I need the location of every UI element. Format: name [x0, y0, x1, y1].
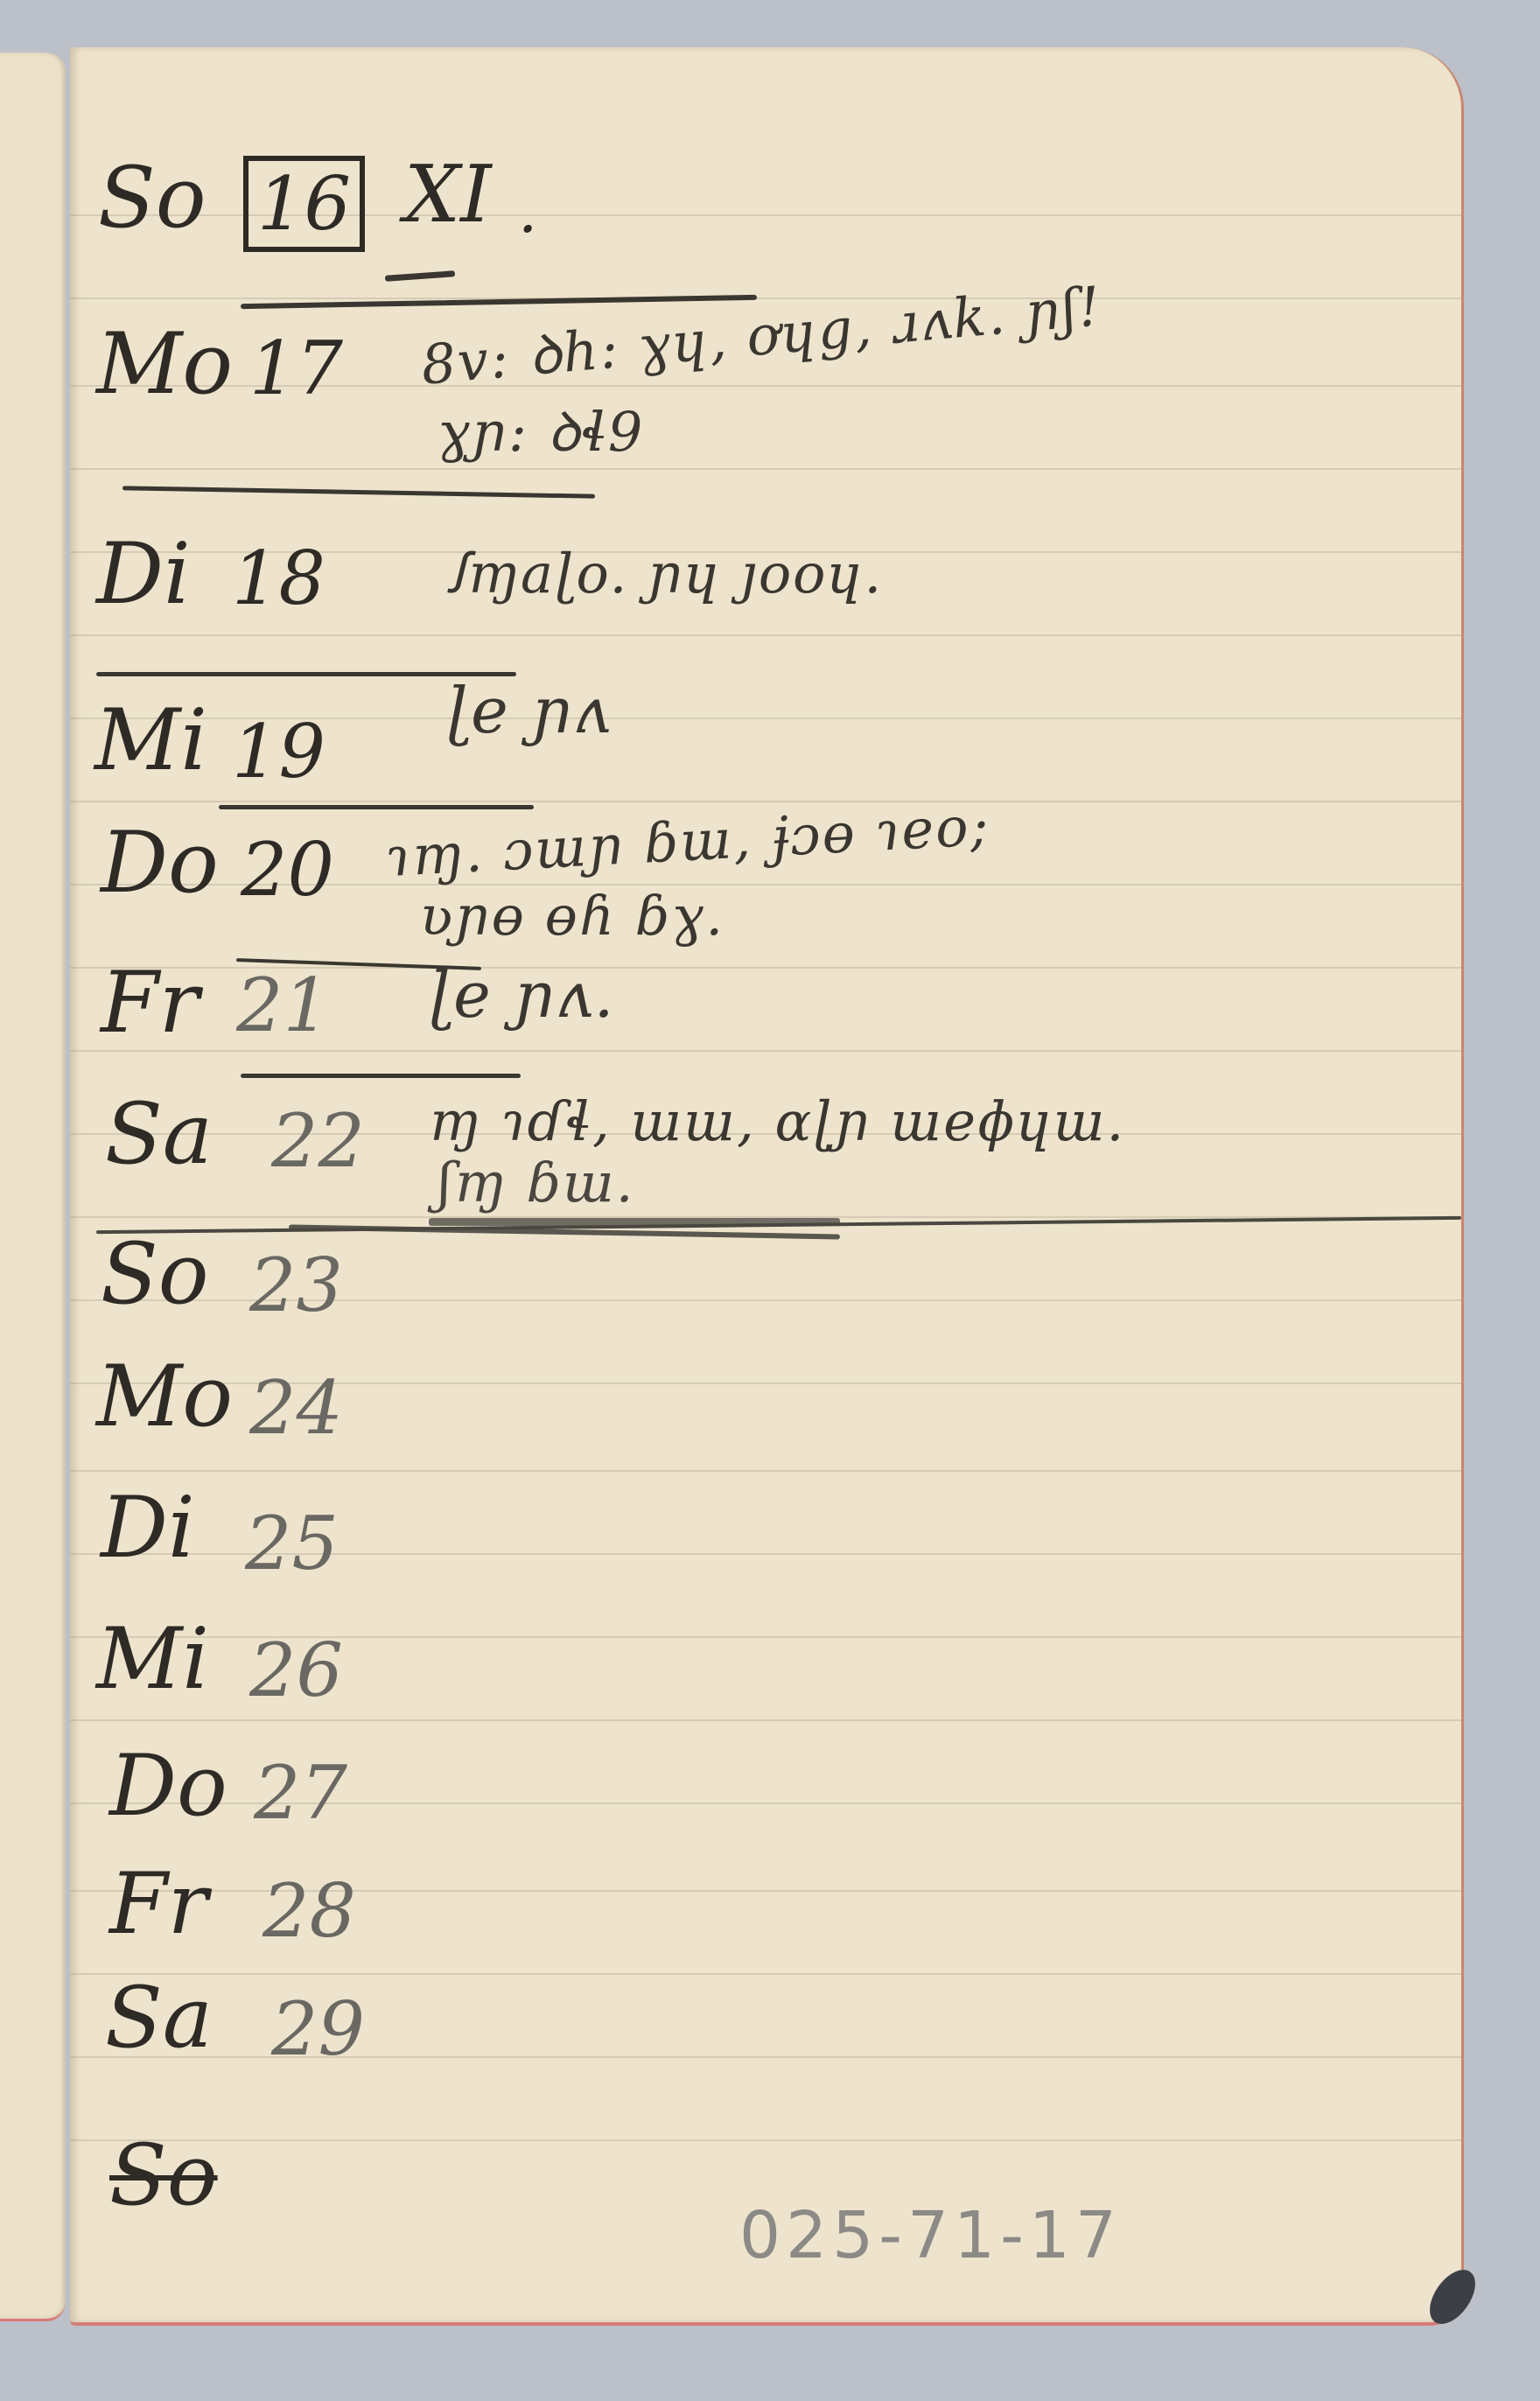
period-mark: . [518, 175, 537, 247]
entry-day: Do [109, 1737, 227, 1835]
entry-shorthand-text: ɭe ɲʌ. [429, 958, 616, 1032]
ruled-line [70, 468, 1461, 470]
ruled-line [70, 2139, 1461, 2141]
entry-date: 28 [262, 1868, 356, 1954]
ruled-line [70, 1050, 1461, 1052]
separator-stroke [219, 805, 534, 809]
entry-day: Mo [96, 1347, 233, 1445]
entry-date: 23 [249, 1242, 343, 1328]
entry-day: Mo [96, 315, 233, 413]
entry-shorthand-text-line2-struck: ʃɱ ɓɯ. [437, 1151, 635, 1214]
entry-date: 19 [232, 709, 325, 794]
entry-day: Fr [101, 954, 199, 1052]
entry-shorthand-text: ɱ ɿɗɬ, ɯɯ, ɑɭɲ ɯeɸɥɯ. [429, 1089, 1125, 1153]
entry-day: Sa [105, 1085, 213, 1183]
ruled-line [70, 634, 1461, 636]
entry-date: 25 [245, 1501, 339, 1586]
entry-date: 24 [249, 1365, 343, 1451]
entry-day: Fr [109, 1855, 208, 1953]
entry-date: 20 [241, 827, 334, 913]
entry-day: Di [101, 1479, 195, 1577]
entry-day: Sa [105, 1969, 213, 2067]
entry-day: So [101, 1225, 209, 1323]
entry-date: 18 [232, 535, 325, 621]
ruled-line [70, 1973, 1461, 1975]
entry-date: 27 [254, 1750, 347, 1836]
entry-shorthand-text-line2: ɣɲ: ꝺɬ9 [437, 394, 644, 467]
entry-day: Mi [94, 691, 207, 789]
entry-day: Mi [96, 1610, 209, 1708]
catalog-number: 025-71-17 [739, 2198, 1122, 2273]
entry-shorthand-text: ꭍɱaɭo. ɲɥ ȷooɥ. [446, 535, 883, 609]
entry-shorthand-text: ɭe ɲʌ [446, 674, 612, 747]
ruled-line [70, 801, 1461, 802]
entry-shorthand-text-line2: ʋɲɵ ɵɦ ɓɣ. [420, 884, 724, 948]
ruled-line [70, 1470, 1461, 1472]
entry-day: So [98, 149, 206, 247]
entry-date-boxed: 16 [243, 156, 365, 252]
entry-day: Do [101, 814, 219, 912]
month-marker: XI [404, 149, 492, 241]
entry-date: 22 [271, 1098, 365, 1184]
entry-day: Di [96, 525, 191, 623]
ruled-line [70, 1719, 1461, 1721]
entry-date: 29 [271, 1986, 365, 2072]
facing-page-edge [0, 52, 66, 2321]
separator-stroke [241, 1074, 521, 1078]
entry-day-struck: So [109, 2126, 218, 2224]
entry-date: 26 [249, 1627, 343, 1713]
entry-date: 17 [249, 325, 343, 411]
entry-date: 21 [236, 962, 330, 1048]
